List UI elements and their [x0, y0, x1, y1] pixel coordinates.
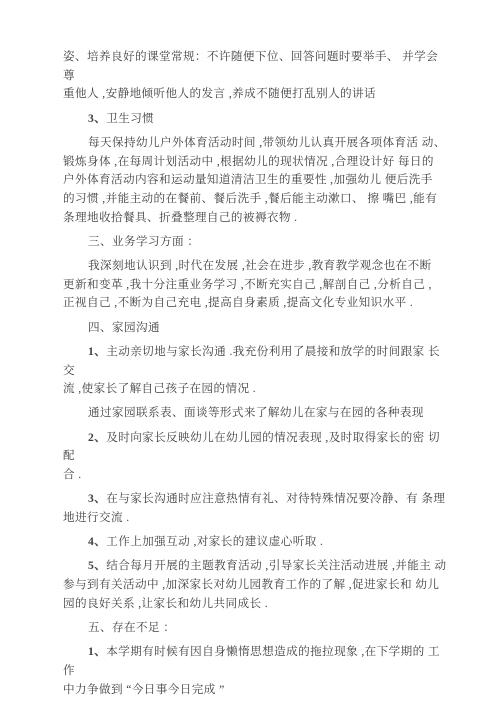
paragraph-text: 我深刻地认识到 ,时代在发展 ,社会在进步 ,教育教学观念也在不断 更新和变革 …	[63, 259, 432, 309]
paragraph-number: 1、	[88, 345, 106, 358]
paragraph-text: 在与家长沟通时应注意热情有礼、对待特殊情况要冷静、有 条理 地进行交流 .	[63, 492, 445, 524]
paragraph-communication-note: 通过家园联系表、面谈等形式来了解幼儿在家与在园的各种表现	[63, 404, 450, 423]
paragraph-text: 主动亲切地与家长沟通 .我充份利用了晨接和放学的时间跟家 长交 流 ,使家长了解…	[63, 345, 440, 395]
paragraph-number: 1、	[88, 645, 106, 658]
heading-text: 三、业务学习方面 ：	[88, 235, 199, 248]
paragraph-number: 3、	[88, 492, 106, 505]
paragraph-communication-3: 3、在与家长沟通时应注意热情有礼、对待特殊情况要冷静、有 条理 地进行交流 .	[63, 490, 450, 527]
heading-professional-learning: 三、业务学习方面 ：	[63, 233, 450, 252]
paragraph-professional-learning: 我深刻地认识到 ,时代在发展 ,社会在进步 ,教育教学观念也在不断 更新和变革 …	[63, 257, 450, 313]
heading-text: 四、家园沟通	[88, 321, 160, 334]
paragraph-text: 本学期有时候有因自身懒惰思想造成的拖拉现象 ,在下学期的 工作 中力争做到 “今…	[63, 645, 440, 695]
paragraph-text: 及时向家长反映幼儿在幼儿园的情况表现 ,及时取得家长的密 切配 合 .	[63, 431, 440, 481]
paragraph-shortcomings-1: 1、本学期有时候有因自身懒惰思想造成的拖拉现象 ,在下学期的 工作 中力争做到 …	[63, 643, 450, 699]
heading-shortcomings: 五、存在不足 ：	[63, 619, 450, 638]
paragraph-communication-4: 4、工作上加强互动 ,对家长的建议虚心听取 .	[63, 533, 450, 552]
heading-hygiene-habits: 3、卫生习惯	[63, 110, 450, 129]
heading-text: 五、存在不足 ：	[88, 621, 175, 634]
paragraph-text: 通过家园联系表、面谈等形式来了解幼儿在家与在园的各种表现	[88, 406, 424, 419]
paragraph-number: 4、	[88, 535, 106, 548]
paragraph-text: 工作上加强互动 ,对家长的建议虚心听取 .	[106, 535, 323, 548]
document-page: 姿、培养良好的课堂常规：不许随便下位、回答问题时要举手、 并学会尊 重他人 ,安…	[0, 0, 500, 708]
paragraph-communication-1: 1、主动亲切地与家长沟通 .我充份利用了晨接和放学的时间跟家 长交 流 ,使家长…	[63, 343, 450, 399]
paragraph-number: 5、	[88, 559, 106, 572]
paragraph-text: 结合每月开展的主题教育活动 ,引导家长关注活动进展 ,并能主 动 参与到有关活动…	[63, 559, 447, 609]
paragraph-communication-2: 2、及时向家长反映幼儿在幼儿园的情况表现 ,及时取得家长的密 切配 合 .	[63, 429, 450, 485]
heading-home-communication: 四、家园沟通	[63, 319, 450, 338]
paragraph-communication-5: 5、结合每月开展的主题教育活动 ,引导家长关注活动进展 ,并能主 动 参与到有关…	[63, 557, 450, 613]
paragraph-text: 每天保持幼儿户外体育活动时间 ,带领幼儿认真开展各项体育活 动、 锻炼身体 ,在…	[63, 136, 446, 224]
paragraph-hygiene-detail: 每天保持幼儿户外体育活动时间 ,带领幼儿认真开展各项体育活 动、 锻炼身体 ,在…	[63, 134, 450, 228]
paragraph-text: 姿、培养良好的课堂常规：不许随便下位、回答问题时要举手、 并学会尊 重他人 ,安…	[63, 50, 438, 100]
paragraph-number: 3、	[88, 112, 106, 125]
heading-text: 卫生习惯	[106, 112, 154, 125]
paragraph-number: 2、	[88, 431, 106, 444]
paragraph-class-rules: 姿、培养良好的课堂常规：不许随便下位、回答问题时要举手、 并学会尊 重他人 ,安…	[63, 48, 450, 104]
